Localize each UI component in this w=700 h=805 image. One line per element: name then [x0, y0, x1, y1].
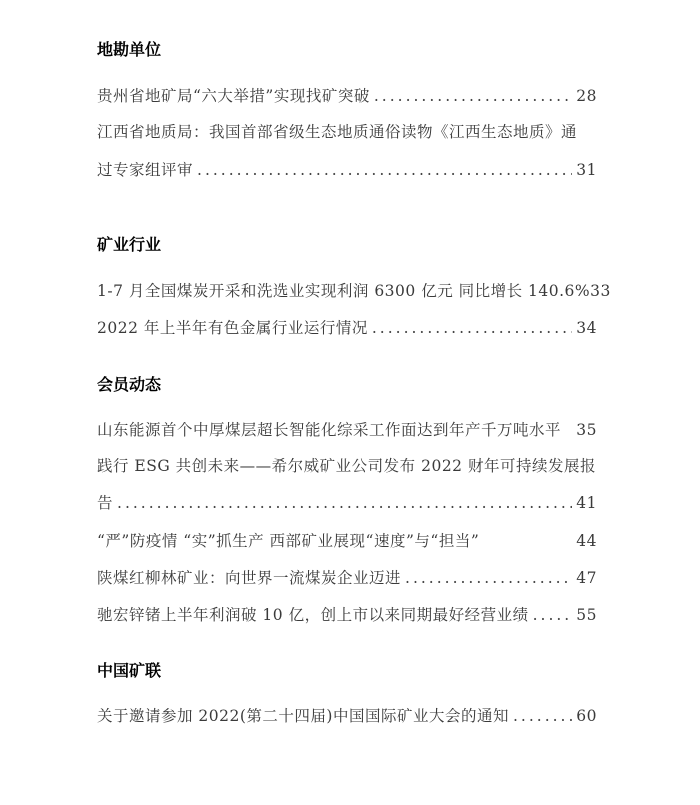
- entry-title: 过专家组评审: [97, 160, 193, 180]
- entry-title: 践行 ESG 共创未来——希尔威矿业公司发布 2022 财年可持续发展报: [97, 456, 596, 476]
- toc-entry[interactable]: 2022 年上半年有色金属行业运行情况 34: [97, 318, 597, 338]
- toc-entry[interactable]: 践行 ESG 共创未来——希尔威矿业公司发布 2022 财年可持续发展报: [97, 456, 597, 476]
- section-title-dikan: 地勘单位: [97, 40, 161, 60]
- entry-page: 33: [590, 281, 611, 301]
- leader-dots: [533, 605, 573, 625]
- entry-page: 60: [576, 706, 597, 726]
- toc-entry-continued[interactable]: 告 41: [97, 493, 597, 513]
- entry-title: 2022 年上半年有色金属行业运行情况: [97, 318, 368, 338]
- entry-title: 陕煤红柳林矿业：向世界一流煤炭企业迈进: [97, 568, 401, 588]
- leader-dots: [372, 318, 572, 338]
- leader-dots: [374, 86, 572, 106]
- entry-title: 关于邀请参加 2022(第二十四届)中国国际矿业大会的通知: [97, 706, 509, 726]
- toc-entry[interactable]: 关于邀请参加 2022(第二十四届)中国国际矿业大会的通知 60: [97, 706, 597, 726]
- leader-dots: [513, 706, 572, 726]
- entry-page: 35: [576, 420, 597, 440]
- leader-dots: [197, 160, 572, 180]
- toc-entry[interactable]: 陕煤红柳林矿业：向世界一流煤炭企业迈进 47: [97, 568, 597, 588]
- leader-dots: [117, 493, 572, 513]
- toc-entry[interactable]: 山东能源首个中厚煤层超长智能化综采工作面达到年产千万吨水平 35: [97, 420, 597, 440]
- toc-entry[interactable]: “严”防疫情 “实”抓生产 西部矿业展现“速度”与“担当” 44: [97, 531, 597, 551]
- entry-page: 34: [576, 318, 597, 338]
- entry-page: 41: [576, 493, 597, 513]
- entry-title: 山东能源首个中厚煤层超长智能化综采工作面达到年产千万吨水平: [97, 420, 561, 440]
- entry-title: 贵州省地矿局“六大举措”实现找矿突破: [97, 86, 370, 106]
- entry-page: 44: [576, 531, 597, 551]
- entry-page: 28: [576, 86, 597, 106]
- entry-page: 31: [576, 160, 597, 180]
- entry-title: 驰宏锌锗上半年利润破 10 亿，创上市以来同期最好经营业绩: [97, 605, 529, 625]
- entry-title: 告: [97, 493, 113, 513]
- toc-entry[interactable]: 驰宏锌锗上半年利润破 10 亿，创上市以来同期最好经营业绩 55: [97, 605, 597, 625]
- entry-title: 1-7 月全国煤炭开采和洗选业实现利润 6300 亿元 同比增长 140.6%: [97, 281, 590, 301]
- section-title-kuangye: 矿业行业: [97, 235, 161, 255]
- toc-entry[interactable]: 1-7 月全国煤炭开采和洗选业实现利润 6300 亿元 同比增长 140.6% …: [97, 281, 597, 301]
- toc-entry[interactable]: 贵州省地矿局“六大举措”实现找矿突破 28: [97, 86, 597, 106]
- entry-title: “严”防疫情 “实”抓生产 西部矿业展现“速度”与“担当”: [97, 531, 479, 551]
- section-title-kuanglian: 中国矿联: [97, 661, 161, 681]
- entry-title: 江西省地质局：我国首部省级生态地质通俗读物《江西生态地质》通: [97, 122, 577, 142]
- section-title-huiyuan: 会员动态: [97, 375, 161, 395]
- toc-entry-continued[interactable]: 过专家组评审 31: [97, 160, 597, 180]
- leader-dots: [405, 568, 572, 588]
- entry-page: 47: [576, 568, 597, 588]
- toc-entry[interactable]: 江西省地质局：我国首部省级生态地质通俗读物《江西生态地质》通: [97, 122, 597, 142]
- entry-page: 55: [576, 605, 597, 625]
